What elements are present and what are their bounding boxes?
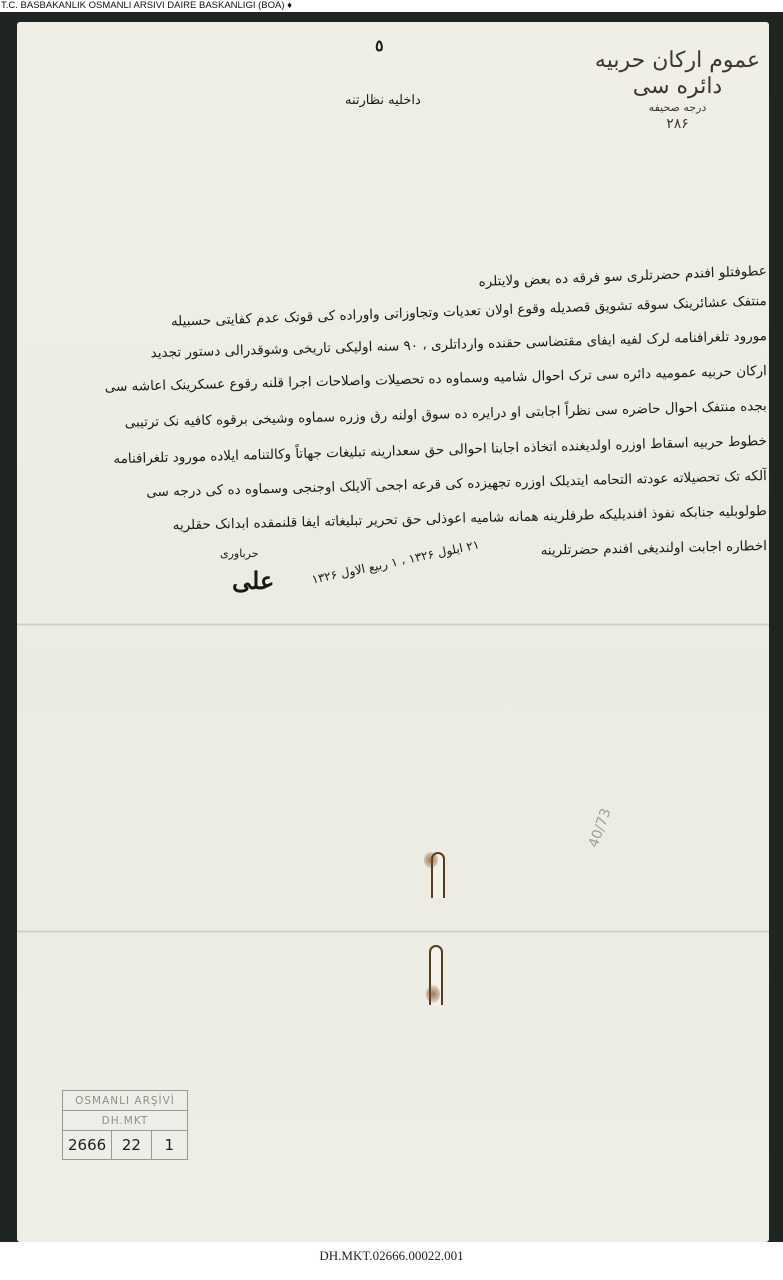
signature-mark: علی [232,566,274,595]
archive-stamp: OSMANLI ARŞİVİ DH.MKT 2666 22 1 [62,1090,188,1160]
stamp-reference-cells: 2666 22 1 [63,1131,187,1159]
rust-stain [424,852,438,868]
paper-fold-line [17,623,769,626]
letterhead-seal: عموم ارکان حربیه دائره سی درجه صحیفه ۲۸۶ [590,48,765,132]
archive-source-label: T.C. BASBAKANLIK OSMANLI ARSIVI DAIRE BA… [0,0,783,12]
stamp-dossier-number: 2666 [63,1131,112,1159]
document-subject: داخلیه نظارتنه [345,93,421,108]
letterhead-number: ۲۸۶ [590,116,765,132]
document-body: عطوفتلو افندم حضرتلری سو فرقه ده بعض ولا… [22,278,767,570]
signature-label: حرباوری [220,547,259,560]
stamp-title: OSMANLI ARŞİVİ [63,1091,187,1111]
letterhead-subtitle: درجه صحیفه [590,100,765,116]
page-mark: ٥ [375,36,384,55]
stamp-shirt-number: 22 [112,1131,151,1159]
paper-fold-line [17,930,769,933]
stamp-page-number: 1 [152,1131,187,1159]
document-paper [17,22,769,1242]
rust-stain [426,985,440,1003]
reference-code-caption: DH.MKT.02666.00022.001 [0,1247,783,1265]
stamp-collection: DH.MKT [63,1111,187,1131]
letterhead-title: عموم ارکان حربیه دائره سی [590,48,765,100]
